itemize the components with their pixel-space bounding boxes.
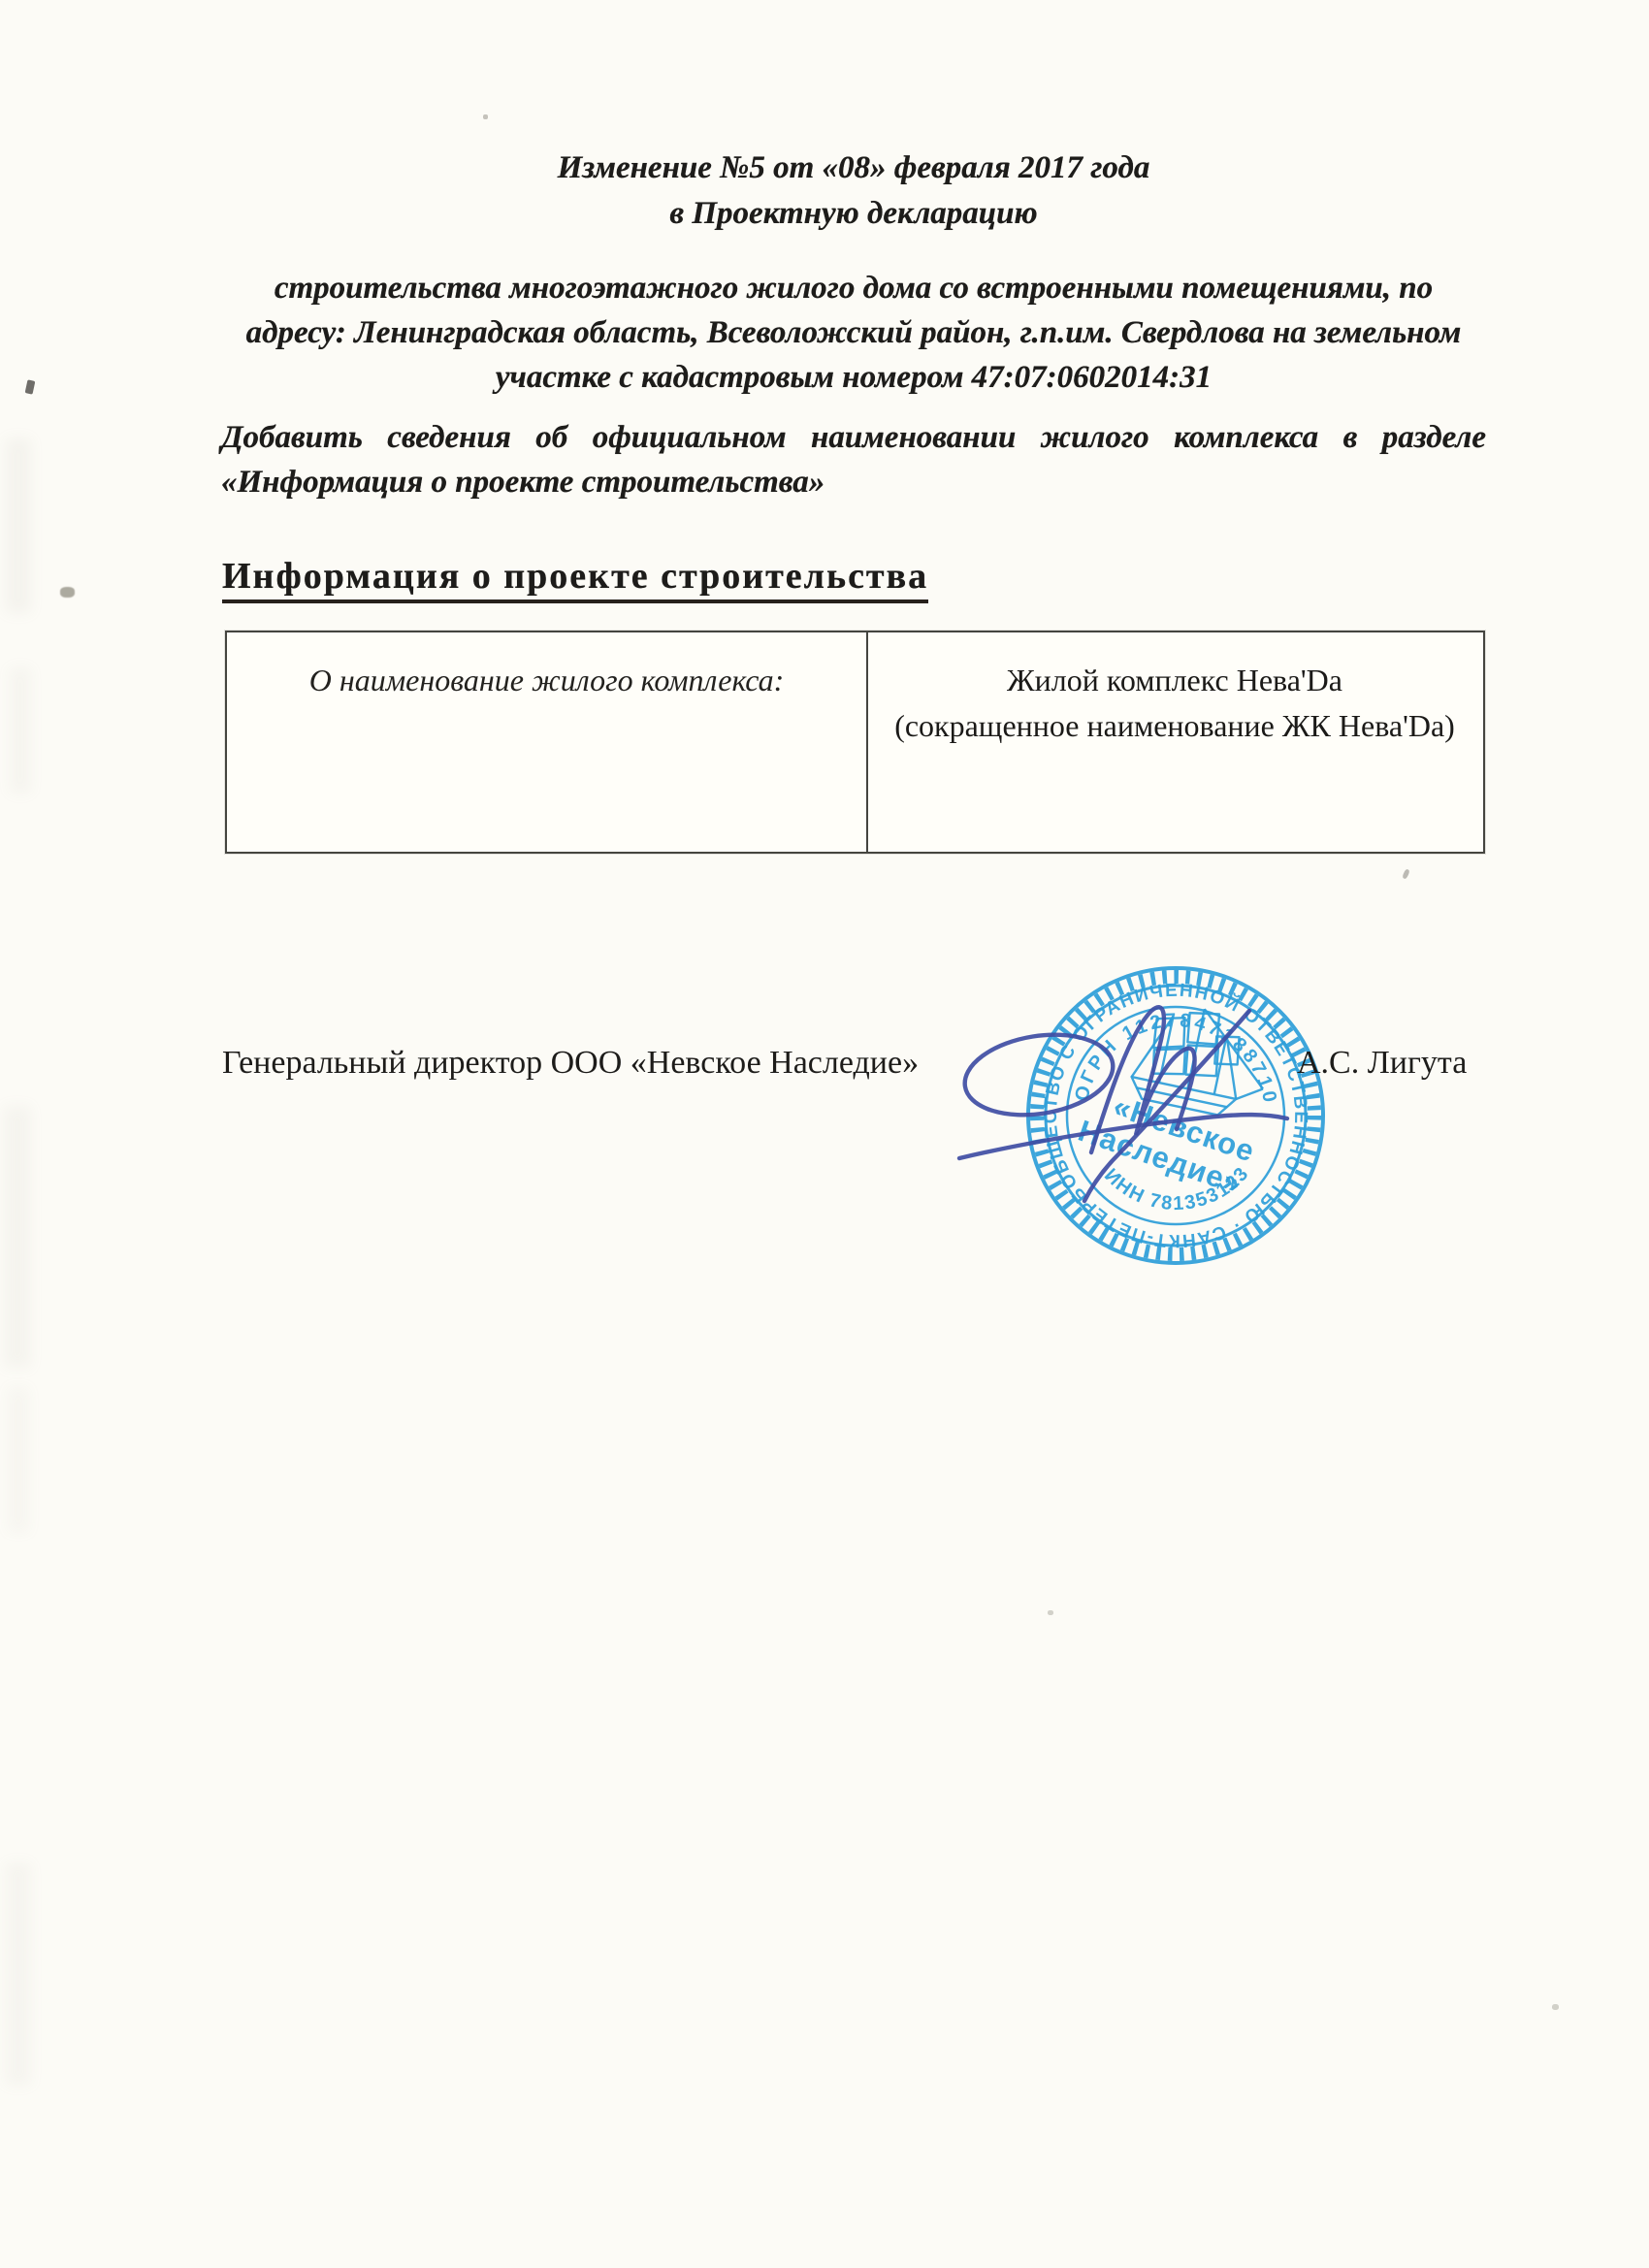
scan-artifact bbox=[1048, 1610, 1053, 1615]
scan-artifact bbox=[483, 114, 488, 119]
project-info-table: О наименование жилого комплекса: Жилой к… bbox=[225, 631, 1485, 854]
amendment-line-1: Добавить сведения об официальном наимено… bbox=[221, 415, 1486, 460]
scan-artifact bbox=[8, 1387, 29, 1533]
table-row-value: Жилой комплекс Нева'Da (сокращенное наим… bbox=[868, 632, 1481, 852]
section-heading: Информация о проекте строительства bbox=[222, 557, 928, 603]
scan-artifact bbox=[10, 667, 31, 794]
scan-artifact bbox=[25, 379, 36, 394]
amendment-paragraph: Добавить сведения об официальном наимено… bbox=[221, 415, 1486, 504]
title-line-1: Изменение №5 от «08» февраля 2017 года bbox=[221, 146, 1486, 191]
document-subtitle: строительства многоэтажного жилого дома … bbox=[221, 266, 1486, 400]
scan-artifact bbox=[6, 438, 31, 613]
scan-artifact bbox=[1402, 868, 1410, 879]
scanned-document-page: Изменение №5 от «08» февраля 2017 года в… bbox=[0, 0, 1649, 2268]
scan-artifact bbox=[4, 1106, 31, 1368]
subtitle-line-2: адресу: Ленинградская область, Всеволожс… bbox=[221, 310, 1486, 355]
document-title: Изменение №5 от «08» февраля 2017 года в… bbox=[221, 146, 1486, 237]
table-row-label: О наименование жилого комплекса: bbox=[227, 632, 868, 852]
complex-name-label: О наименование жилого комплекса: bbox=[309, 663, 785, 697]
scan-artifact bbox=[60, 587, 75, 598]
subtitle-line-1: строительства многоэтажного жилого дома … bbox=[221, 266, 1486, 310]
title-line-2: в Проектную декларацию bbox=[221, 191, 1486, 237]
subtitle-line-3: участке с кадастровым номером 47:07:0602… bbox=[221, 355, 1486, 400]
amendment-line-2: «Информация о проекте строительства» bbox=[221, 460, 1486, 504]
director-title-text: Генеральный директор ООО «Невское Наслед… bbox=[222, 1042, 919, 1085]
company-stamp: ОБЩЕСТВО С ОГРАНИЧЕННОЙ ОТВЕТСТВЕННОСТЬЮ… bbox=[946, 951, 1402, 1290]
scan-artifact bbox=[1552, 2004, 1559, 2010]
complex-name-value-line-2: (сокращенное наименование ЖК Нева'Da) bbox=[868, 703, 1481, 749]
scan-artifact bbox=[6, 1863, 31, 2086]
director-name-text: А.С. Лигута bbox=[1297, 1042, 1467, 1085]
complex-name-value-line-1: Жилой комплекс Нева'Da bbox=[868, 658, 1481, 703]
